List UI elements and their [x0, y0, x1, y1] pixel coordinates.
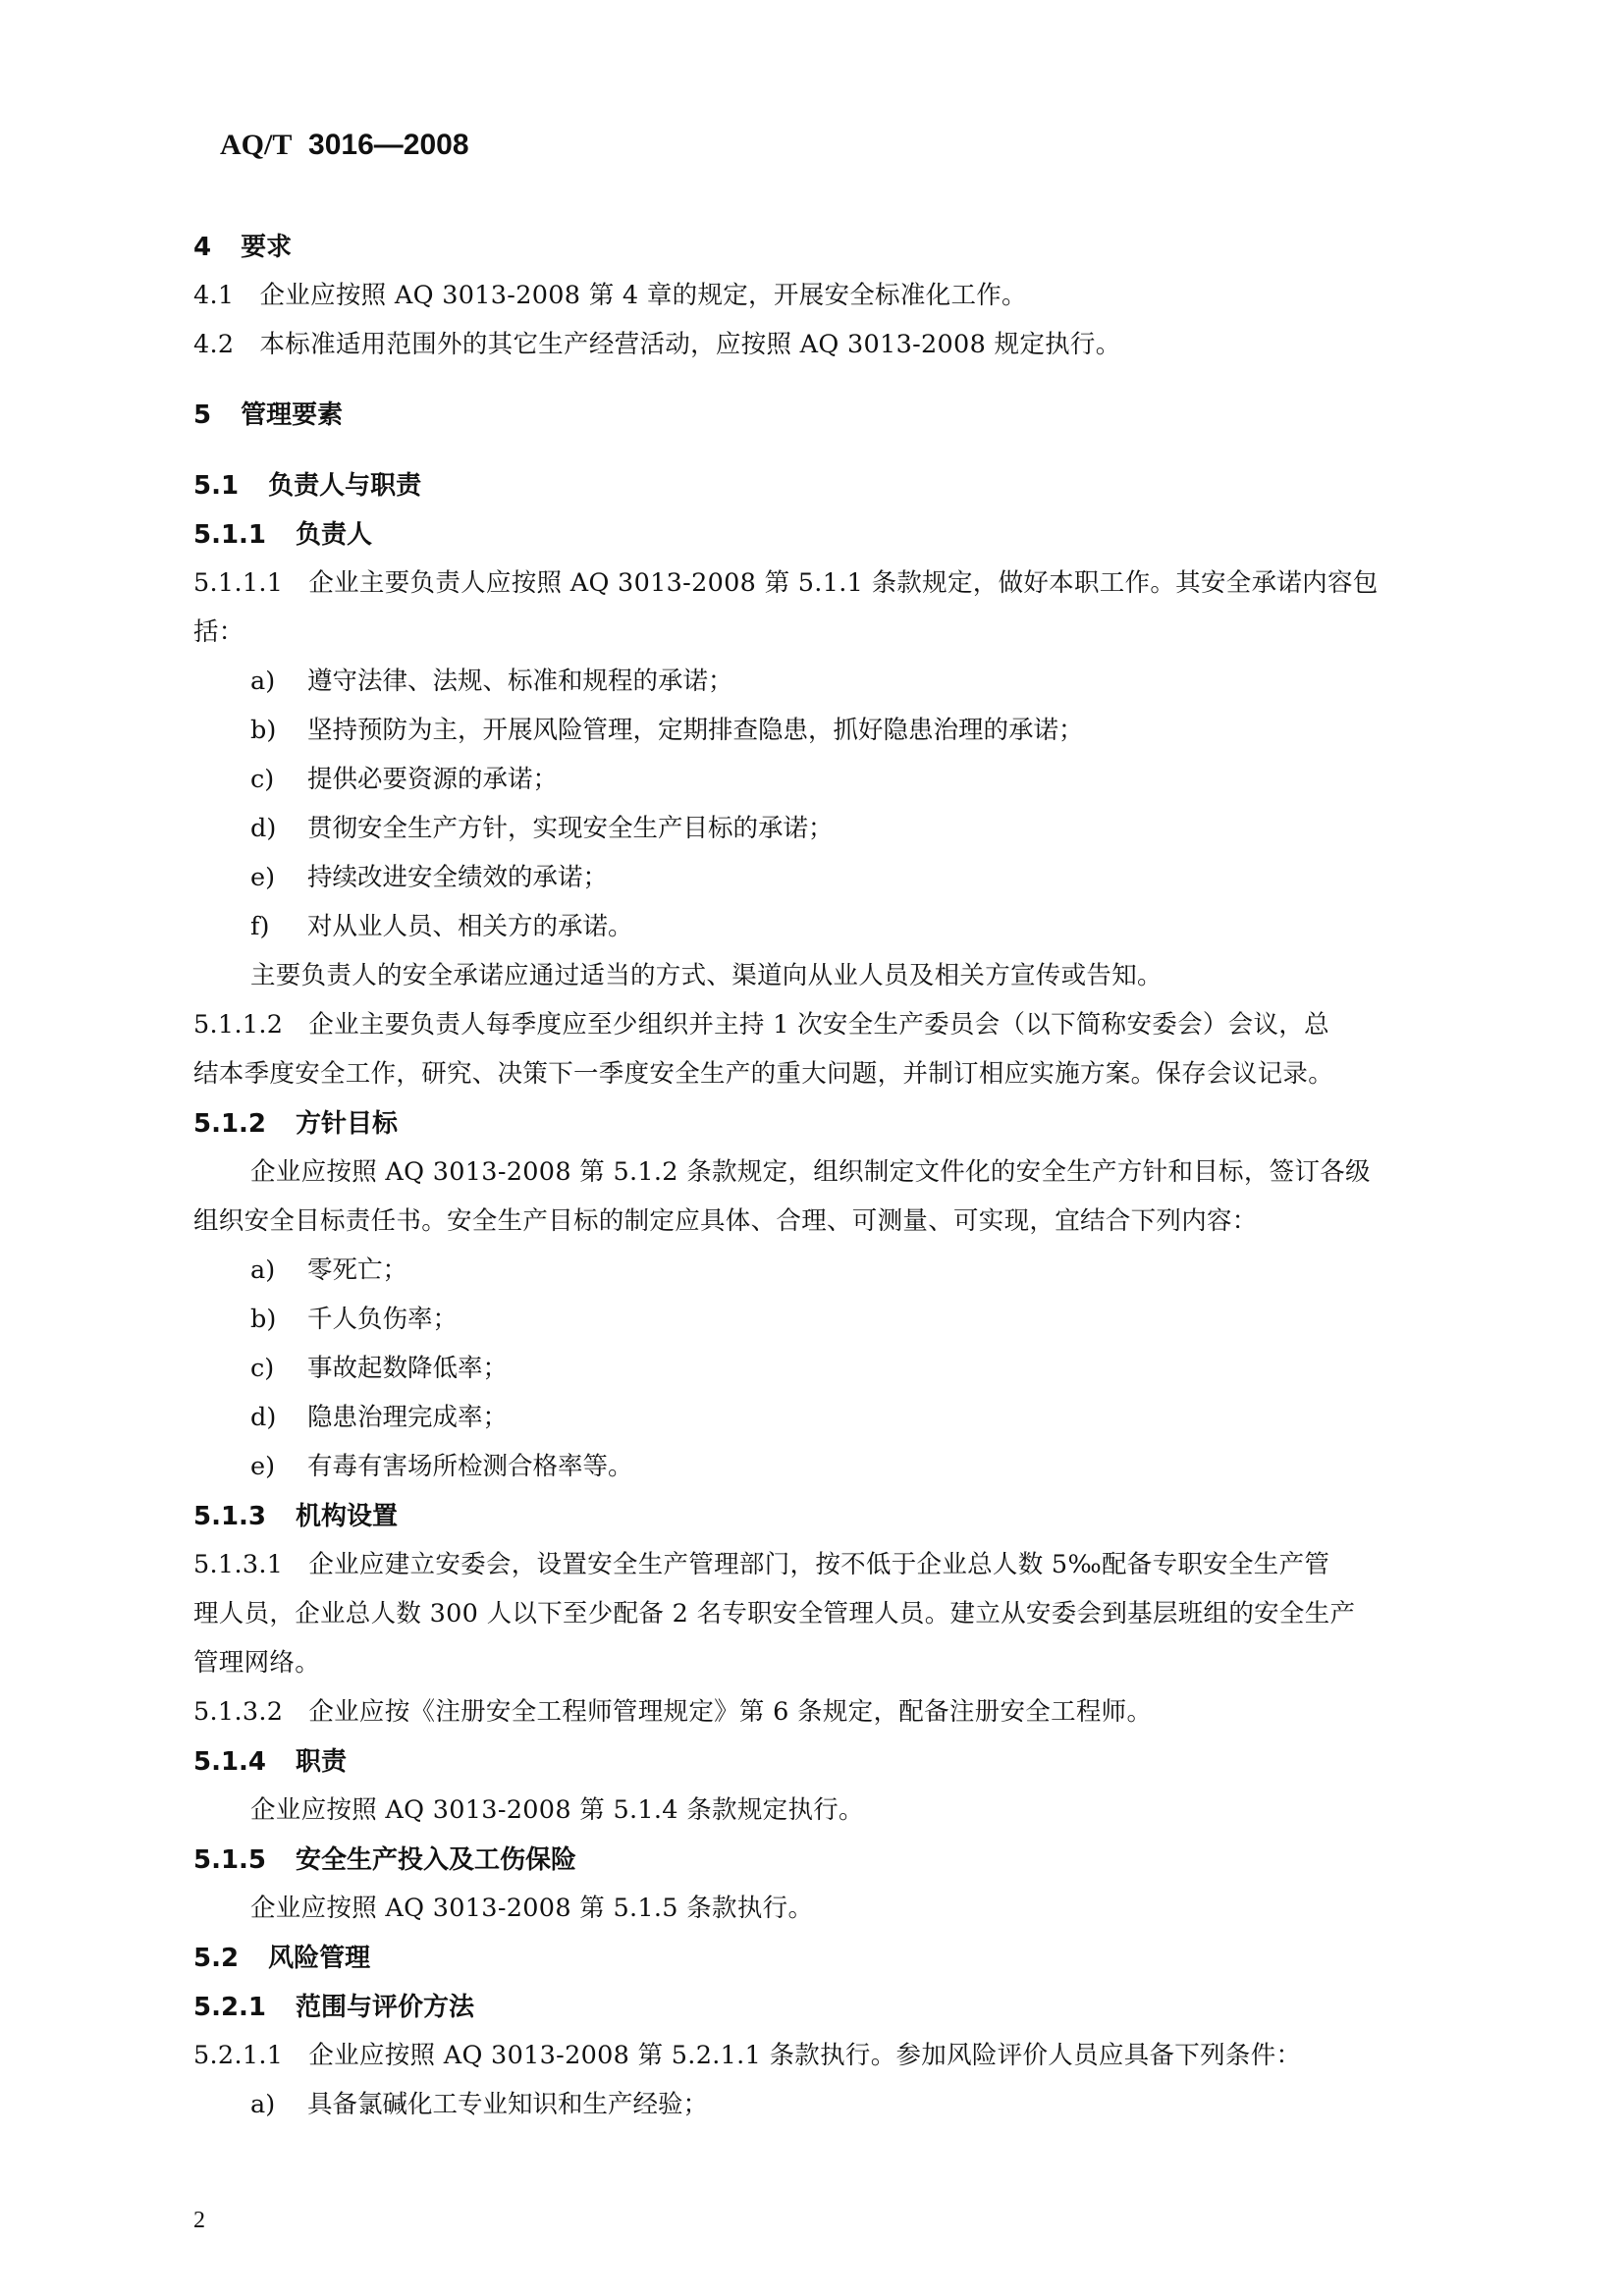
paragraph: 企业应按照 AQ 3013-2008 第 5.1.5 条款执行。 [250, 1896, 813, 1922]
document-header: AQ/T 3016—2008 [220, 131, 469, 160]
clause-5-2-1-1: 5.2.1.1企业应按照 AQ 3013-2008 第 5.2.1.1 条款执行… [193, 2044, 1301, 2069]
section-title: 管理要素 [241, 400, 343, 430]
clause-number: 5.1.3.2 [193, 1700, 283, 1726]
clause-text: 本标准适用范围外的其它生产经营活动，应按照 AQ 3013-2008 规定执行。 [259, 330, 1120, 359]
clause-text: 管理网络。 [193, 1648, 320, 1678]
list-label: a) [250, 1258, 307, 1284]
section-heading-5-1: 5.1负责人与职责 [193, 473, 421, 499]
section-title: 负责人 [296, 520, 372, 550]
list-item: e)有毒有害场所检测合格率等。 [250, 1455, 633, 1480]
section-heading-5-1-4: 5.1.4职责 [193, 1749, 347, 1775]
list-item: c)提供必要资源的承诺； [250, 768, 558, 793]
paragraph: 企业应按照 AQ 3013-2008 第 5.1.4 条款规定执行。 [250, 1798, 864, 1824]
list-text: 提供必要资源的承诺； [307, 765, 558, 794]
standard-number: 3016—2008 [308, 129, 468, 161]
paragraph-text: 主要负责人的安全承诺应通过适当的方式、渠道向从业人员及相关方宣传或告知。 [250, 961, 1163, 990]
clause-text: 企业主要负责人每季度应至少组织并主持 1 次安全生产委员会（以下简称安委会）会议… [308, 1010, 1329, 1040]
list-text: 遵守法律、法规、标准和规程的承诺； [307, 667, 733, 696]
section-heading-5-1-5: 5.1.5安全生产投入及工伤保险 [193, 1847, 576, 1873]
clause-text: 企业应按《注册安全工程师管理规定》第 6 条规定，配备注册安全工程师。 [308, 1697, 1152, 1727]
list-text: 有毒有害场所检测合格率等。 [307, 1452, 633, 1481]
clause-number: 4.1 [193, 284, 234, 309]
section-title: 负责人与职责 [268, 471, 421, 501]
clause-number: 5.2.1.1 [193, 2044, 283, 2069]
section-number: 5.2 [193, 1946, 239, 1971]
section-title: 机构设置 [296, 1502, 398, 1531]
section-heading-5-2-1: 5.2.1范围与评价方法 [193, 1995, 474, 2020]
clause-5-1-1-1: 5.1.1.1企业主要负责人应按照 AQ 3013-2008 第 5.1.1 条… [193, 571, 1379, 597]
clause-number: 4.2 [193, 333, 234, 358]
paragraph-cont: 组织安全目标责任书。安全生产目标的制定应具体、合理、可测量、可实现，宜结合下列内… [193, 1209, 1258, 1235]
paragraph-text: 企业应按照 AQ 3013-2008 第 5.1.4 条款规定执行。 [250, 1795, 864, 1825]
clause-4-2: 4.2本标准适用范围外的其它生产经营活动，应按照 AQ 3013-2008 规定… [193, 333, 1121, 358]
list-item: a)遵守法律、法规、标准和规程的承诺； [250, 669, 733, 695]
list-label: a) [250, 669, 307, 695]
paragraph: 主要负责人的安全承诺应通过适当的方式、渠道向从业人员及相关方宣传或告知。 [250, 964, 1163, 989]
clause-number: 5.1.1.2 [193, 1013, 283, 1039]
list-text: 零死亡； [307, 1255, 407, 1285]
section-number: 5.1.3 [193, 1504, 266, 1529]
list-label: c) [250, 768, 307, 793]
section-number: 5 [193, 402, 211, 428]
list-item: e)持续改进安全绩效的承诺； [250, 866, 608, 891]
clause-5-1-1-2-cont: 结本季度安全工作，研究、决策下一季度安全生产的重大问题，并制订相应实施方案。保存… [193, 1062, 1333, 1088]
list-item: a)具备氯碱化工专业知识和生产经验； [250, 2093, 708, 2118]
list-item: c)事故起数降低率； [250, 1357, 508, 1382]
section-number: 5.2.1 [193, 1995, 266, 2020]
list-item: b)坚持预防为主，开展风险管理，定期排查隐患，抓好隐患治理的承诺； [250, 719, 1084, 744]
section-number: 5.1.2 [193, 1111, 266, 1137]
list-label: e) [250, 866, 307, 891]
list-text: 千人负伤率； [307, 1305, 458, 1334]
section-title: 职责 [296, 1747, 347, 1777]
clause-5-1-3-1-cont: 理人员，企业总人数 300 人以下至少配备 2 名专职安全管理人员。建立从安委会… [193, 1602, 1355, 1628]
list-text: 持续改进安全绩效的承诺； [307, 863, 608, 892]
section-heading-5: 5管理要素 [193, 402, 343, 428]
section-heading-5-1-2: 5.1.2方针目标 [193, 1111, 398, 1137]
section-number: 5.1.5 [193, 1847, 266, 1873]
list-label: e) [250, 1455, 307, 1480]
list-item: a)零死亡； [250, 1258, 407, 1284]
paragraph-text: 企业应按照 AQ 3013-2008 第 5.1.5 条款执行。 [250, 1894, 813, 1923]
list-text: 贯彻安全生产方针，实现安全生产目标的承诺； [307, 814, 834, 843]
list-text: 隐患治理完成率； [307, 1403, 508, 1432]
clause-text: 企业应按照 AQ 3013-2008 第 4 章的规定，开展安全标准化工作。 [259, 281, 1026, 310]
section-number: 4 [193, 235, 211, 260]
list-item: f)对从业人员、相关方的承诺。 [250, 915, 633, 940]
section-title: 要求 [241, 233, 292, 262]
section-title: 风险管理 [268, 1944, 370, 1973]
paragraph: 企业应按照 AQ 3013-2008 第 5.1.2 条款规定，组织制定文件化的… [250, 1160, 1371, 1186]
list-item: d)贯彻安全生产方针，实现安全生产目标的承诺； [250, 817, 834, 842]
clause-number: 5.1.1.1 [193, 571, 283, 597]
list-text: 事故起数降低率； [307, 1354, 508, 1383]
list-label: b) [250, 719, 307, 744]
section-heading-5-1-1: 5.1.1负责人 [193, 522, 372, 548]
section-number: 5.1 [193, 473, 239, 499]
list-label: f) [250, 915, 307, 940]
list-label: a) [250, 2093, 307, 2118]
paragraph-text: 企业应按照 AQ 3013-2008 第 5.1.2 条款规定，组织制定文件化的… [250, 1157, 1371, 1187]
list-text: 具备氯碱化工专业知识和生产经验； [307, 2090, 708, 2119]
clause-4-1: 4.1企业应按照 AQ 3013-2008 第 4 章的规定，开展安全标准化工作… [193, 284, 1027, 309]
clause-5-1-3-1: 5.1.3.1企业应建立安委会，设置安全生产管理部门，按不低于企业总人数 5‰配… [193, 1553, 1329, 1578]
clause-5-1-3-2: 5.1.3.2企业应按《注册安全工程师管理规定》第 6 条规定，配备注册安全工程… [193, 1700, 1152, 1726]
section-heading-5-1-3: 5.1.3机构设置 [193, 1504, 398, 1529]
clause-text: 企业主要负责人应按照 AQ 3013-2008 第 5.1.1 条款规定，做好本… [308, 568, 1378, 598]
page-number: 2 [193, 2209, 205, 2232]
clause-number: 5.1.3.1 [193, 1553, 283, 1578]
section-heading-4: 4要求 [193, 235, 292, 260]
clause-text: 括： [193, 617, 244, 647]
section-heading-5-2: 5.2风险管理 [193, 1946, 370, 1971]
paragraph-text: 组织安全目标责任书。安全生产目标的制定应具体、合理、可测量、可实现，宜结合下列内… [193, 1206, 1258, 1236]
clause-text: 结本季度安全工作，研究、决策下一季度安全生产的重大问题，并制订相应实施方案。保存… [193, 1059, 1333, 1089]
clause-5-1-1-2: 5.1.1.2企业主要负责人每季度应至少组织并主持 1 次安全生产委员会（以下简… [193, 1013, 1329, 1039]
section-number: 5.1.1 [193, 522, 266, 548]
list-label: c) [250, 1357, 307, 1382]
list-item: d)隐患治理完成率； [250, 1406, 508, 1431]
list-label: b) [250, 1308, 307, 1333]
list-label: d) [250, 1406, 307, 1431]
section-title: 方针目标 [296, 1109, 398, 1139]
clause-text: 企业应按照 AQ 3013-2008 第 5.2.1.1 条款执行。参加风险评价… [308, 2041, 1301, 2070]
section-title: 范围与评价方法 [296, 1993, 474, 2022]
list-text: 对从业人员、相关方的承诺。 [307, 912, 633, 941]
list-label: d) [250, 817, 307, 842]
list-text: 坚持预防为主，开展风险管理，定期排查隐患，抓好隐患治理的承诺； [307, 716, 1084, 745]
clause-text: 理人员，企业总人数 300 人以下至少配备 2 名专职安全管理人员。建立从安委会… [193, 1599, 1355, 1629]
clause-5-1-1-1-cont: 括： [193, 620, 244, 646]
section-title: 安全生产投入及工伤保险 [296, 1845, 576, 1875]
section-number: 5.1.4 [193, 1749, 266, 1775]
clause-text: 企业应建立安委会，设置安全生产管理部门，按不低于企业总人数 5‰配备专职安全生产… [308, 1550, 1329, 1579]
clause-5-1-3-1-cont2: 管理网络。 [193, 1651, 320, 1677]
list-item: b)千人负伤率； [250, 1308, 458, 1333]
standard-code: AQ/T [220, 129, 292, 161]
